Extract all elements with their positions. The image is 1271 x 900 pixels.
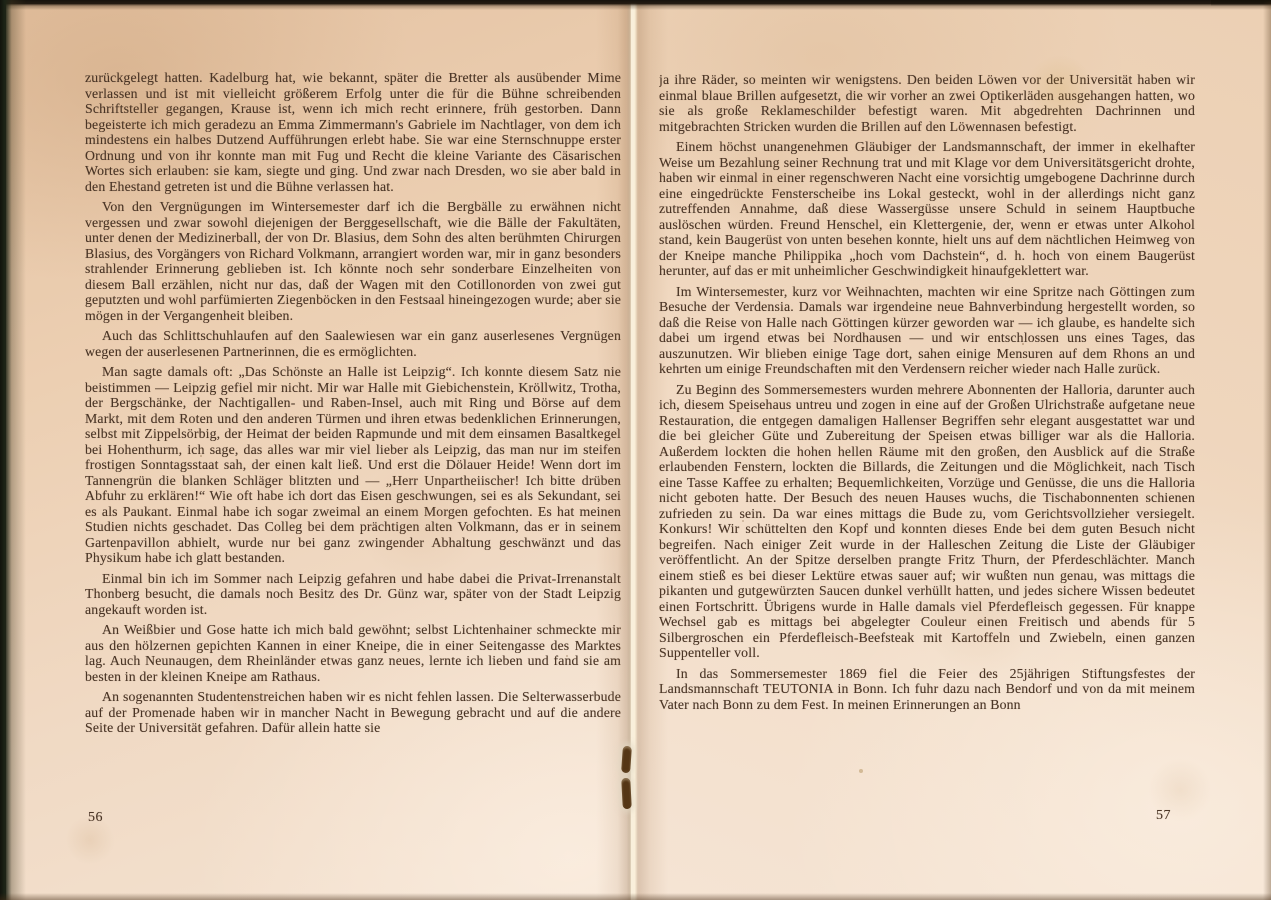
page-number-left: 56 (88, 810, 103, 826)
paragraph: Von den Vergnügungen im Wintersemester d… (85, 199, 621, 323)
book-scan: zurückgelegt hatten. Kadelburg hat, wie … (0, 0, 1271, 900)
paragraph: zurückgelegt hatten. Kadelburg hat, wie … (85, 70, 621, 194)
paragraph: An Weißbier und Gose hatte ich mich bald… (85, 622, 621, 684)
paragraph: Man sagte damals oft: „Das Schönste an H… (85, 364, 621, 566)
paragraph: In das Sommersemester 1869 fiel die Feie… (659, 666, 1195, 713)
page-text-left: zurückgelegt hatten. Kadelburg hat, wie … (85, 70, 621, 810)
paragraph: Auch das Schlittschuhlaufen auf den Saal… (85, 328, 621, 359)
page-number-right: 57 (1156, 808, 1171, 824)
paragraph: Im Wintersemester, kurz vor Weihnachten,… (659, 284, 1195, 377)
paragraph: Einem höchst unangenehmen Gläubiger der … (659, 139, 1195, 279)
page-left: zurückgelegt hatten. Kadelburg hat, wie … (6, 4, 631, 900)
paragraph: Einmal bin ich im Sommer nach Leipzig ge… (85, 571, 621, 618)
page-text-right: ja ihre Räder, so meinten wir wenigstens… (659, 72, 1195, 812)
page-right: ja ihre Räder, so meinten wir wenigstens… (631, 4, 1271, 900)
paragraph: Zu Beginn des Sommersemesters wurden meh… (659, 382, 1195, 661)
paragraph: ja ihre Räder, so meinten wir wenigstens… (659, 72, 1195, 134)
paper-specks (0, 0, 2, 2)
paragraph: An sogenannten Studentenstreichen haben … (85, 689, 621, 736)
